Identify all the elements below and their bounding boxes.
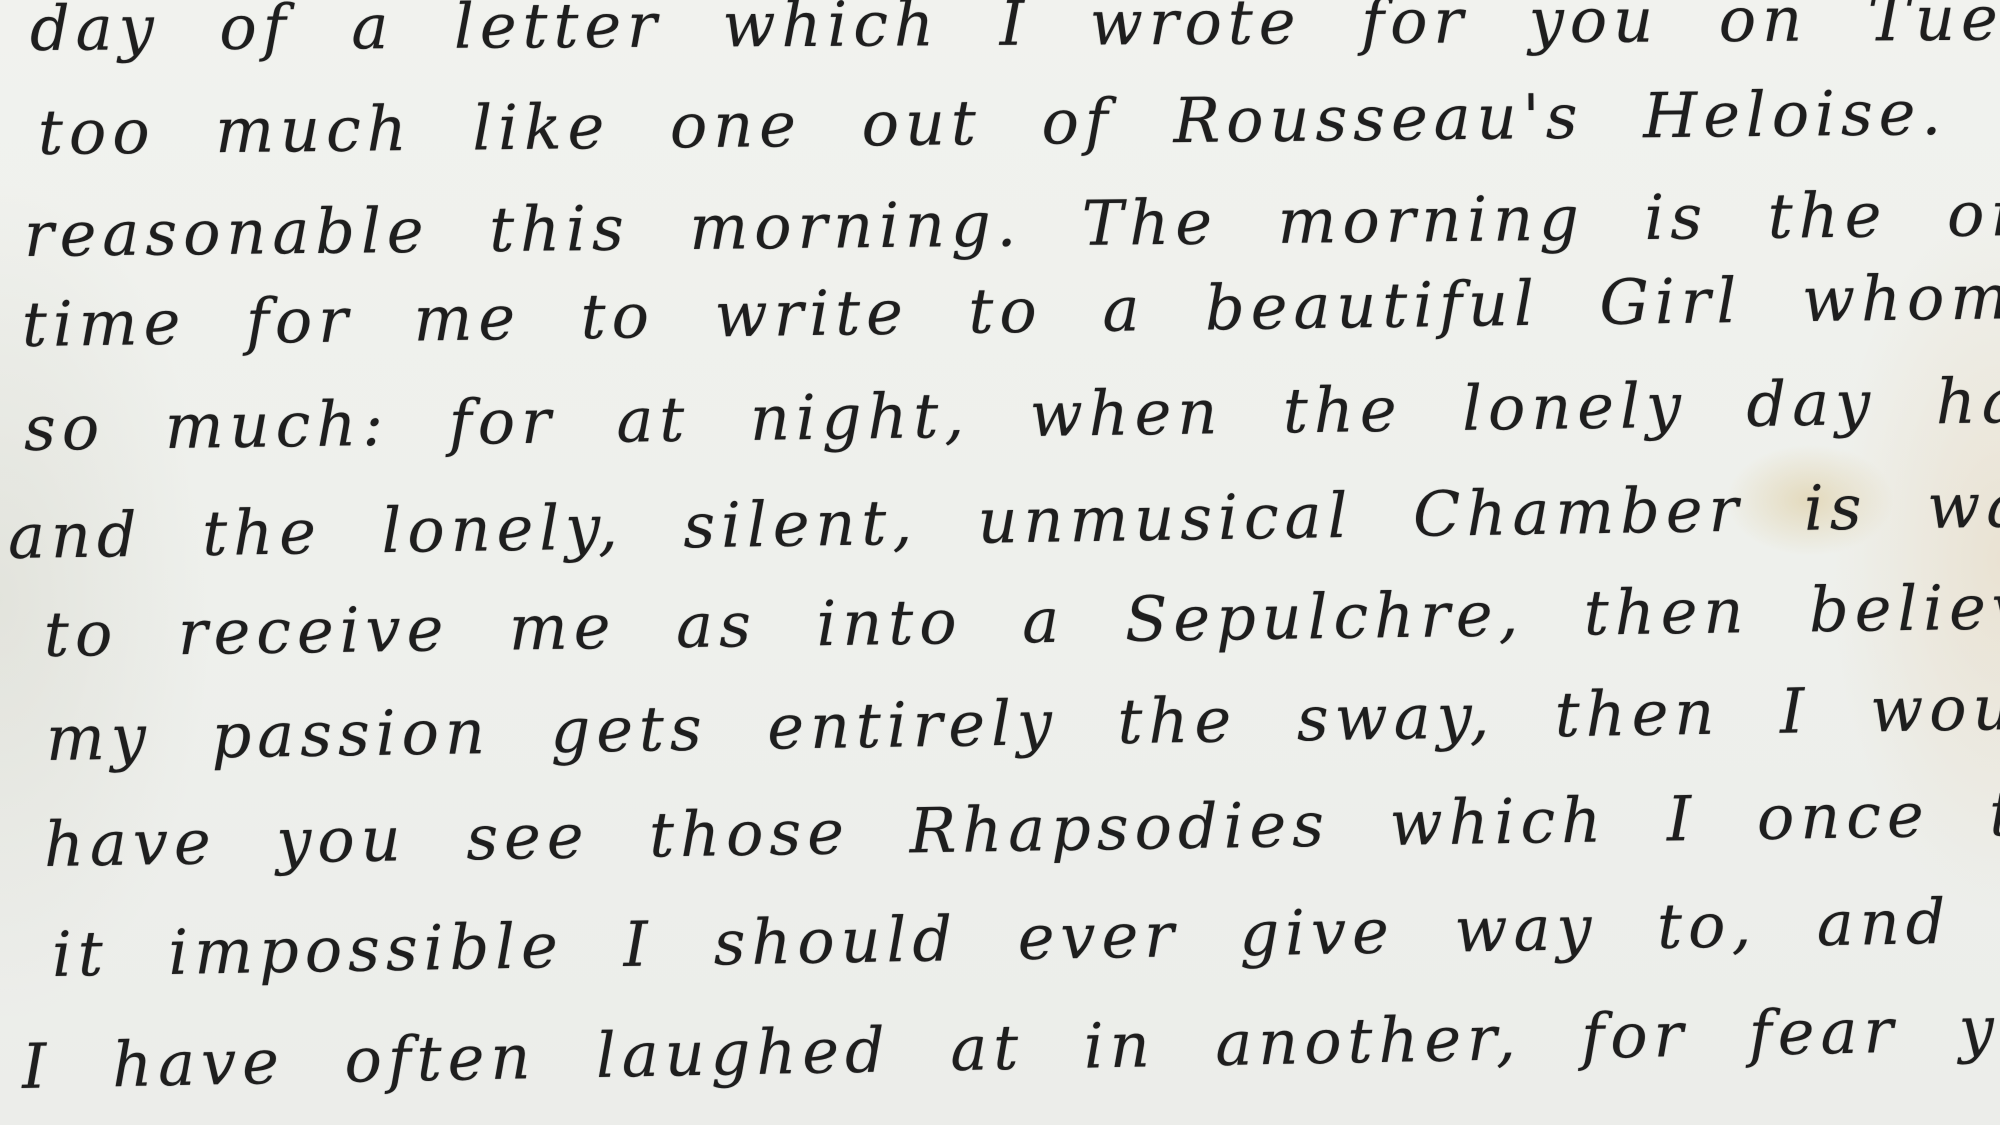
letter-line: too much like one out of Rousseau's Helo… bbox=[38, 71, 2000, 169]
letter-page: day of a letter which I wrote for you on… bbox=[0, 0, 2000, 1125]
letter-line: day of a letter which I wrote for you on… bbox=[30, 0, 2000, 65]
letter-line: time for me to write to a beautiful Girl… bbox=[21, 256, 2000, 361]
letter-line: I have often laughed at in another, for … bbox=[21, 984, 2000, 1103]
letter-line: have you see those Rhapsodies which I on… bbox=[43, 773, 2000, 881]
letter-line: to receive me as into a Sepulchre, then … bbox=[43, 567, 2000, 671]
letter-line: so much: for at night, when the lonely d… bbox=[23, 359, 2000, 465]
letter-line: and the lonely, silent, unmusical Chambe… bbox=[7, 466, 2000, 573]
letter-line: reasonable this morning. The morning is … bbox=[24, 173, 2000, 271]
letter-line: it impossible I should ever give way to,… bbox=[51, 880, 2000, 991]
letter-line: my passion gets entirely the sway, then … bbox=[45, 667, 2000, 775]
